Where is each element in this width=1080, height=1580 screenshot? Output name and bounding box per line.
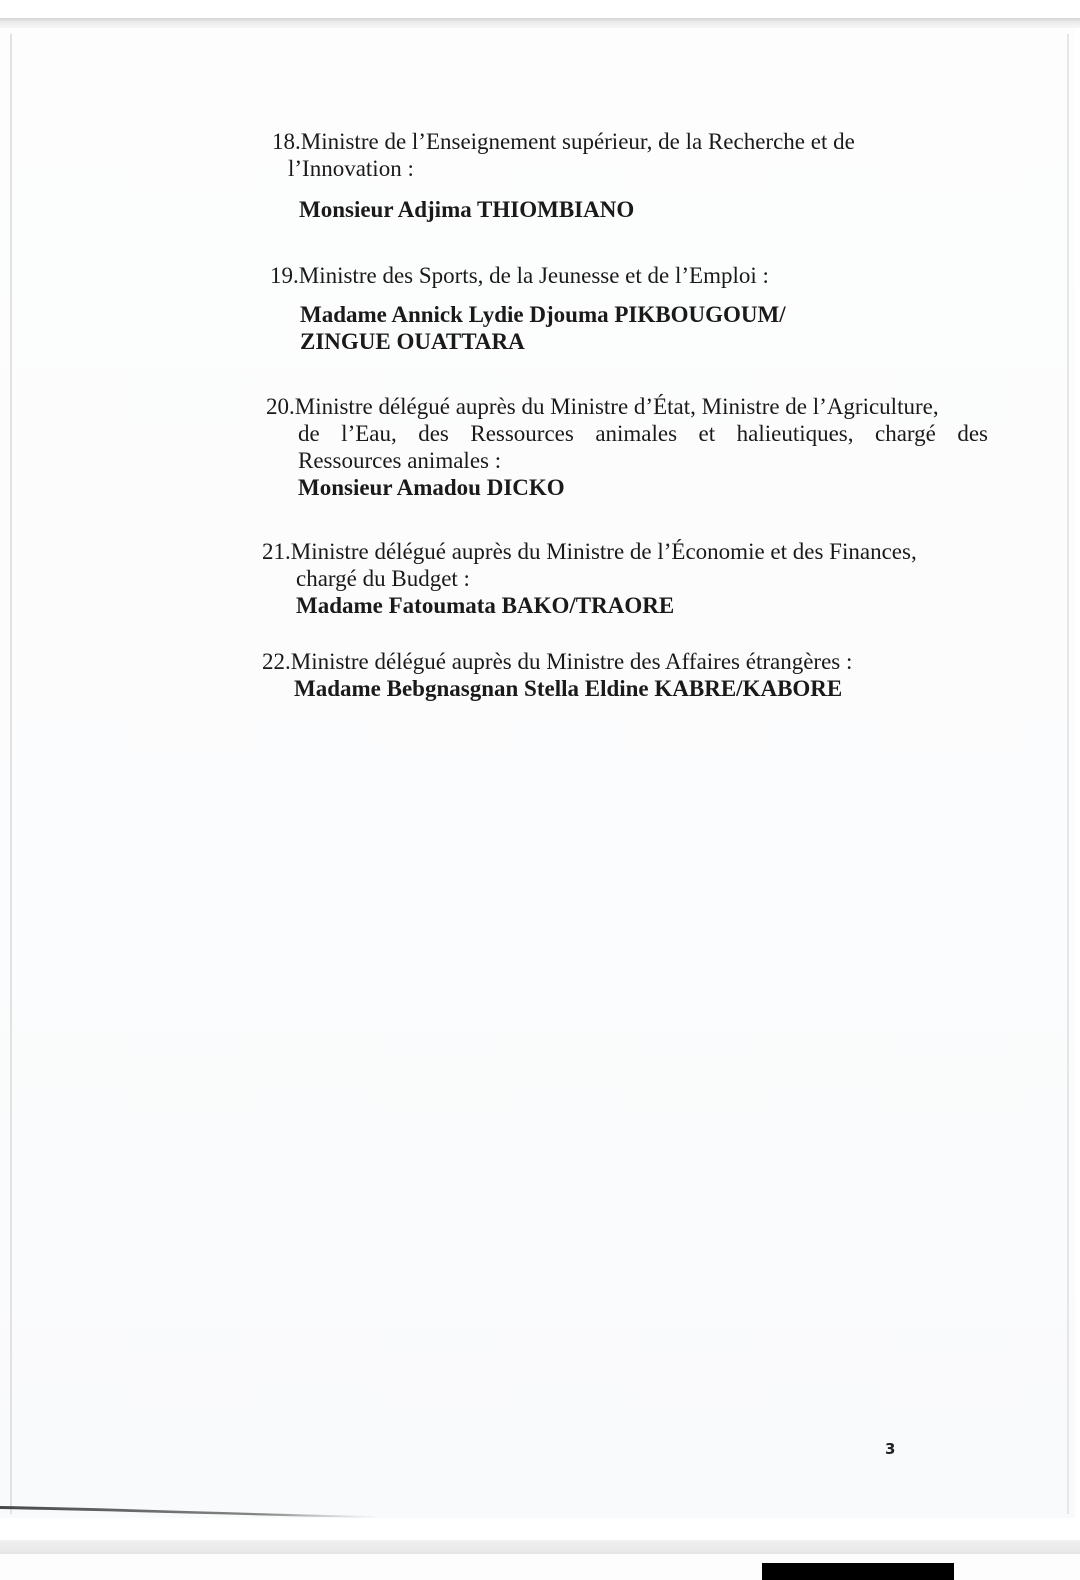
item-number: 18. <box>272 128 301 155</box>
viewer-top-band <box>0 0 1080 18</box>
item-number: 22. <box>262 648 291 675</box>
list-item-18: 18.Ministre de l’Enseignement supérieur,… <box>272 128 994 223</box>
redaction-bar <box>762 1563 954 1580</box>
ministry-title: 21.Ministre délégué auprès du Ministre d… <box>262 538 986 592</box>
page-right-edge <box>1067 34 1069 1514</box>
list-item-19: 19.Ministre des Sports, de la Jeunesse e… <box>270 262 992 355</box>
item-number: 21. <box>262 538 291 565</box>
page-left-edge <box>10 34 12 1514</box>
minister-name: Madame Fatoumata BAKO/TRAORE <box>296 592 986 619</box>
page-curl-shadow <box>0 1504 380 1518</box>
ministry-title: 20.Ministre délégué auprès du Ministre d… <box>266 393 988 474</box>
list-item-22: 22.Ministre délégué auprès du Ministre d… <box>262 648 986 702</box>
item-number: 19. <box>270 262 299 289</box>
item-number: 20. <box>266 393 295 420</box>
minister-name: Madame Annick Lydie Djouma PIKBOUGOUM/ Z… <box>300 301 992 355</box>
page-separator-bottom <box>0 1540 1080 1554</box>
list-item-21: 21.Ministre délégué auprès du Ministre d… <box>262 538 986 619</box>
ministry-title: 22.Ministre délégué auprès du Ministre d… <box>262 648 986 675</box>
minister-name: Monsieur Amadou DICKO <box>298 474 988 501</box>
minister-name: Monsieur Adjima THIOMBIANO <box>299 196 994 223</box>
document-page <box>0 28 1075 1518</box>
minister-name: Madame Bebgnasgnan Stella Eldine KABRE/K… <box>294 675 986 702</box>
page-number: 3 <box>885 1440 895 1458</box>
ministry-title: 19.Ministre des Sports, de la Jeunesse e… <box>270 262 992 289</box>
page-separator <box>0 18 1080 28</box>
ministry-title: 18.Ministre de l’Enseignement supérieur,… <box>272 128 994 182</box>
list-item-20: 20.Ministre délégué auprès du Ministre d… <box>266 393 988 501</box>
